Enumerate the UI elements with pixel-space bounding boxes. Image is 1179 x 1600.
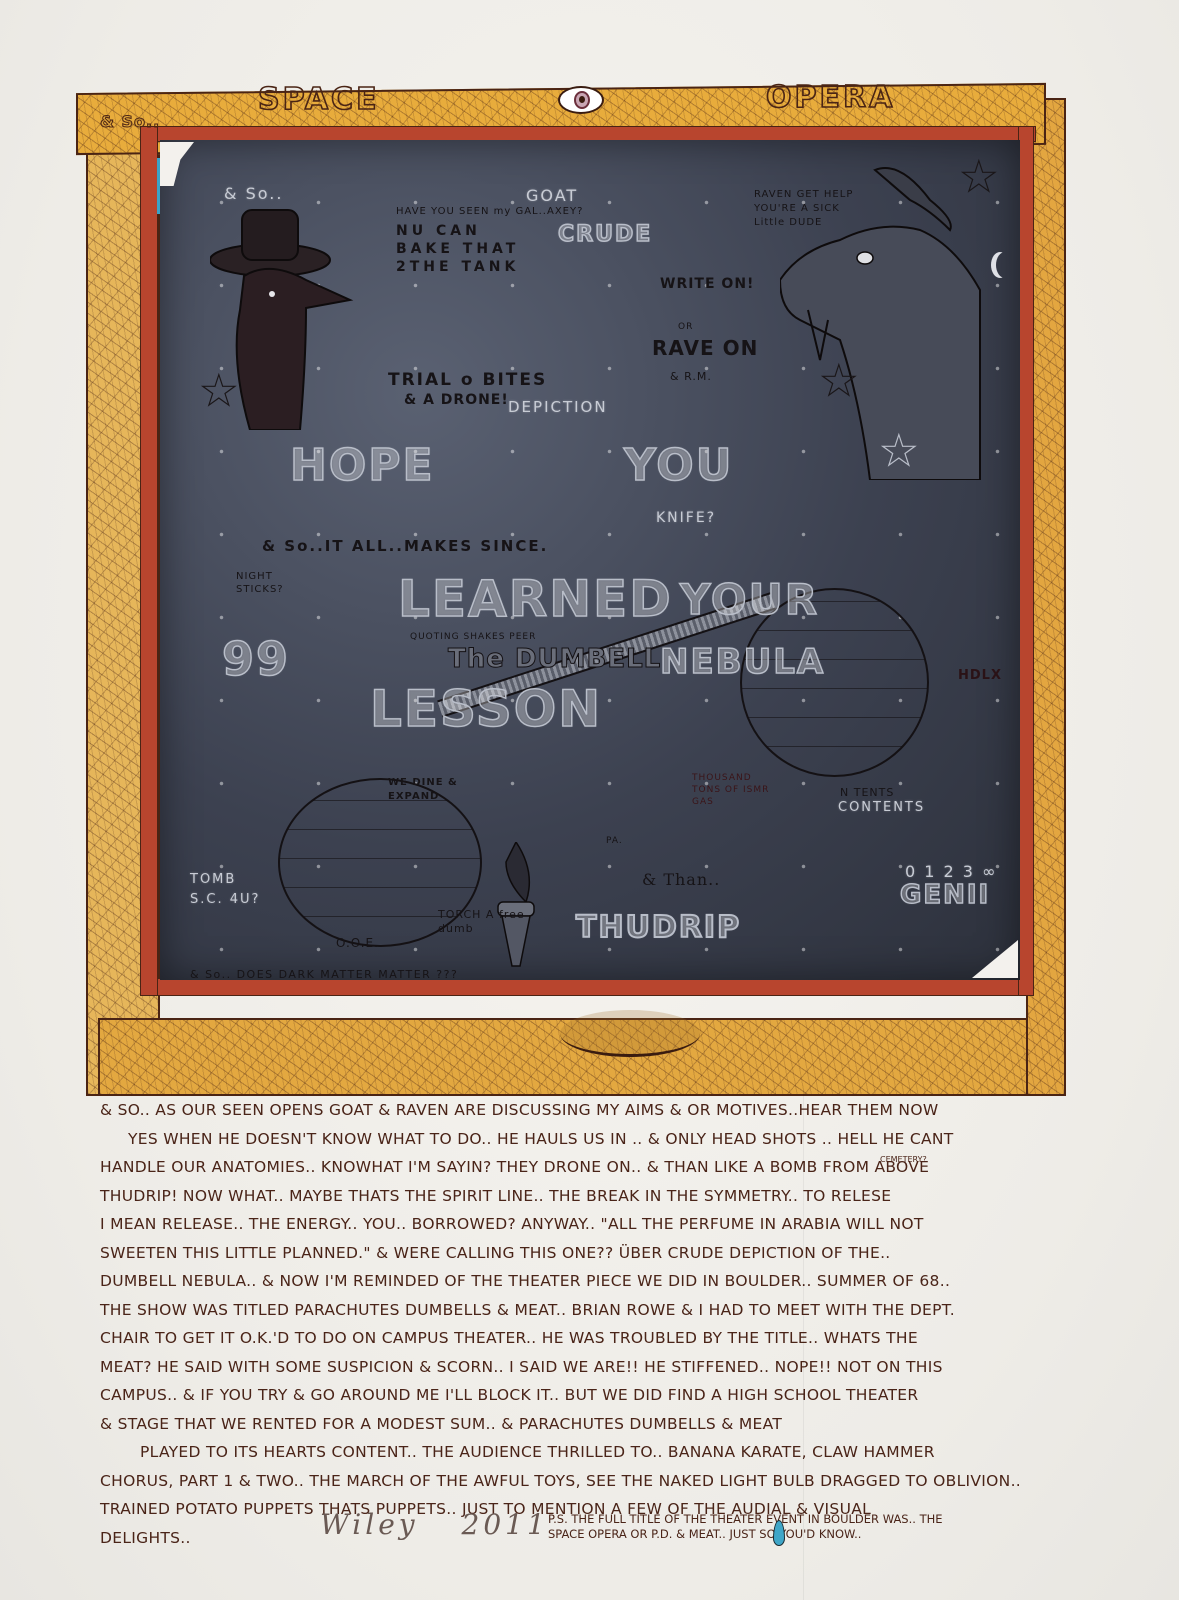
ink-text: O.O.E. bbox=[336, 936, 379, 950]
chalk-text: & So.. bbox=[224, 184, 283, 203]
ink-text: & So..IT ALL..MAKES SINCE. bbox=[262, 537, 548, 555]
ink-text: NU CAN BAKE THAT 2THE TANK bbox=[396, 222, 536, 276]
frame-word-opera: OPERA bbox=[766, 80, 895, 115]
note-line: & So.. As our seen opens Goat & Raven ar… bbox=[100, 1096, 1080, 1125]
signature-year: 2011 bbox=[462, 1508, 549, 1541]
frame-inscription-and-so: & So.. bbox=[100, 112, 160, 131]
star-icon: ★ bbox=[820, 360, 858, 402]
ink-text: TOMB S.C. 4U? bbox=[190, 870, 270, 910]
note-line: Thudrip! Now what.. maybe thats the spir… bbox=[100, 1182, 1080, 1211]
paper-fold-line bbox=[803, 1090, 804, 1600]
chalk-text-you: YOU bbox=[624, 440, 733, 491]
chalk-text-your: YOUR bbox=[680, 575, 819, 624]
chalk-text-thudrip: THUDRIP bbox=[576, 910, 741, 945]
ink-text: OR bbox=[678, 322, 693, 332]
ink-text-dumbell: The DUMBELL bbox=[448, 644, 661, 674]
torch-icon bbox=[486, 842, 546, 972]
chalk-text: CONTENTS bbox=[838, 800, 925, 815]
ink-text: HDLX bbox=[958, 668, 1002, 683]
chalk-text: DEPICTION bbox=[508, 398, 608, 416]
ink-text: HAVE YOU SEEN my GAL..AXEY? bbox=[396, 206, 583, 217]
star-icon: ★ bbox=[880, 430, 918, 472]
chalk-text-hope: HOPE bbox=[290, 440, 435, 491]
ink-text: & R.M. bbox=[670, 370, 712, 383]
ink-text: NIGHT STICKS? bbox=[236, 570, 296, 596]
artist-signature: Wiley 2011 bbox=[320, 1508, 549, 1541]
ink-text: QUOTING SHAKES PEER bbox=[410, 632, 536, 642]
ink-text: WE DINE & EXPAND bbox=[388, 776, 458, 804]
chalk-text: KNIFE? bbox=[656, 510, 716, 526]
ink-text: THOUSAND TONS OF ISMR GAS bbox=[692, 772, 772, 808]
postscript: P.S. The full title of the theater event… bbox=[548, 1512, 978, 1542]
ink-text: TRIAL o BITES bbox=[388, 370, 547, 390]
signature-name: Wiley bbox=[320, 1508, 419, 1541]
chalk-text-learned: LEARNED bbox=[398, 570, 673, 628]
ink-text: PA. bbox=[606, 836, 623, 846]
frame-word-space: SPACE bbox=[258, 82, 380, 117]
open-eye-icon bbox=[558, 86, 604, 114]
note-line: played to its hearts content.. The audie… bbox=[100, 1438, 1080, 1467]
inner-band-left bbox=[140, 126, 158, 996]
chalk-text: 0 1 2 3 ∞ bbox=[905, 862, 997, 881]
note-line: chair to get it O.K.'D to do on campus t… bbox=[100, 1324, 1080, 1353]
ink-text-dark-matter: & So.. DOES DARK MATTER MATTER ??? bbox=[190, 968, 458, 981]
chalk-text: CRUDE bbox=[558, 222, 652, 247]
ink-text: & Than.. bbox=[642, 870, 720, 889]
chalk-text: GOAT bbox=[526, 186, 578, 205]
note-line: & stage that we rented for a modest sum.… bbox=[100, 1410, 1080, 1439]
note-line: yes when he doesn't know what to do.. he… bbox=[100, 1125, 1080, 1154]
crescent-moon-icon bbox=[996, 252, 1014, 278]
star-icon: ★ bbox=[960, 156, 998, 198]
inner-band-right bbox=[1018, 126, 1034, 996]
chalk-text-nebula: NEBULA bbox=[660, 642, 825, 682]
note-line: Dumbell Nebula.. & now I'm reminded of t… bbox=[100, 1267, 1080, 1296]
note-line: I mean release.. the energy.. you.. borr… bbox=[100, 1210, 1080, 1239]
ink-text: WRITE ON! bbox=[660, 276, 754, 292]
star-icon: ★ bbox=[200, 370, 238, 412]
handwritten-notes: & So.. As our seen opens Goat & Raven ar… bbox=[100, 1096, 1080, 1552]
note-line: meat? he said with some suspicion & scor… bbox=[100, 1353, 1080, 1382]
note-line: sweeten this little planned." & were cal… bbox=[100, 1239, 1080, 1268]
note-line: handle our anatomies.. knowhat I'm sayin… bbox=[100, 1153, 1080, 1182]
chalk-text-genii: GENII bbox=[900, 880, 990, 910]
ink-text: TORCH A free dumb bbox=[438, 908, 558, 936]
chalk-text-99: 99 bbox=[222, 632, 290, 686]
closed-eye-icon bbox=[560, 1010, 700, 1057]
ink-text: RAVE ON bbox=[652, 336, 758, 360]
note-line: Chorus, Part 1 & two.. The March of the … bbox=[100, 1467, 1080, 1496]
ink-text: N TENTS bbox=[840, 786, 894, 799]
insertion-cemetery: CEMETERY? bbox=[880, 1155, 927, 1164]
note-line: The show was titled Parachutes Dumbells … bbox=[100, 1296, 1080, 1325]
note-line: campus.. & if you try & go around me I'l… bbox=[100, 1381, 1080, 1410]
ink-text: & A DRONE! bbox=[404, 392, 509, 408]
ink-text: RAVEN GET HELP YOU'RE A SICK Little DUDE bbox=[754, 188, 864, 230]
chalk-text-lesson: LESSON bbox=[370, 680, 602, 738]
